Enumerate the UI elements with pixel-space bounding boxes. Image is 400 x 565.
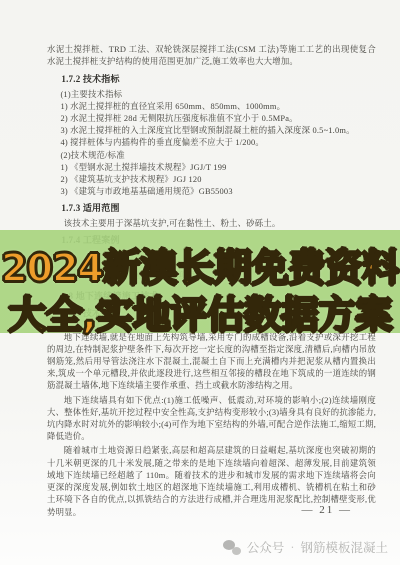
footer-account-label: 钢筋模板混凝土: [300, 538, 388, 556]
list-item: 2) 《建筑基坑支护技术规程》JGJ 120: [47, 174, 376, 186]
footer-source-label: 公众号: [247, 538, 285, 556]
list-item: 1) 水泥土搅拌桩的直径宜采用 650mm、850mm、1000mm。: [47, 101, 376, 113]
list-item: 3) 《建筑与市政地基基础通用规范》GB55003: [47, 186, 376, 198]
paragraph-continuation: 水泥土搅拌桩、TRD 工法、双轮铣深层搅拌工法(CSM 工法)等施工工艺的出现使…: [47, 44, 376, 68]
heading-1-7-3: 1.7.3 适用范围: [47, 202, 376, 214]
paragraph-advantages: 地下连续墙具有如下优点:(1)施工低噪声、低震动,对环境的影响小;(2)连续墙刚…: [47, 395, 376, 444]
page-number: — 21 —: [302, 504, 353, 516]
list-item: (2)技术规范/标准: [47, 150, 376, 162]
watermark-text-line2: 大全,实地评估数据方案: [0, 284, 400, 339]
list-item: 4) 搅拌桩体与内插构件的垂直度偏差不应大于 1/200。: [47, 137, 376, 149]
footer-separator: ·: [290, 540, 294, 554]
list-item: (1)主要技术指标: [47, 89, 376, 101]
list-item: 2) 水泥土搅拌桩 28d 无侧限抗压强度标准值不宜小于 0.5MPa。: [47, 113, 376, 125]
scanned-document-page: 水泥土搅拌桩、TRD 工法、双轮铣深层搅拌工法(CSM 工法)等施工工艺的出现使…: [0, 0, 400, 565]
list-item: 1) 《型钢水泥土搅拌墙技术规程》JGJ/T 199: [47, 162, 376, 174]
paragraph-scope: 该技术主要用于深基坑支护,可在黏性土、粉土、砂砾土。: [47, 218, 376, 230]
footer-badge: 公众号 · 钢筋模板混凝土: [223, 538, 388, 556]
paragraph-diaphragm-wall: 地下连续墙,就是在地面上先构筑导墙,采用专门的成槽设备,沿着支护或深开挖工程的周…: [47, 332, 376, 393]
wechat-icon: [223, 540, 241, 555]
heading-1-7-2: 1.7.2 技术指标: [47, 73, 376, 85]
list-item: 3) 水泥土搅拌桩的入土深度宜比型钢或预制混凝土桩的插入深度深 0.5~1.0m…: [47, 125, 376, 137]
